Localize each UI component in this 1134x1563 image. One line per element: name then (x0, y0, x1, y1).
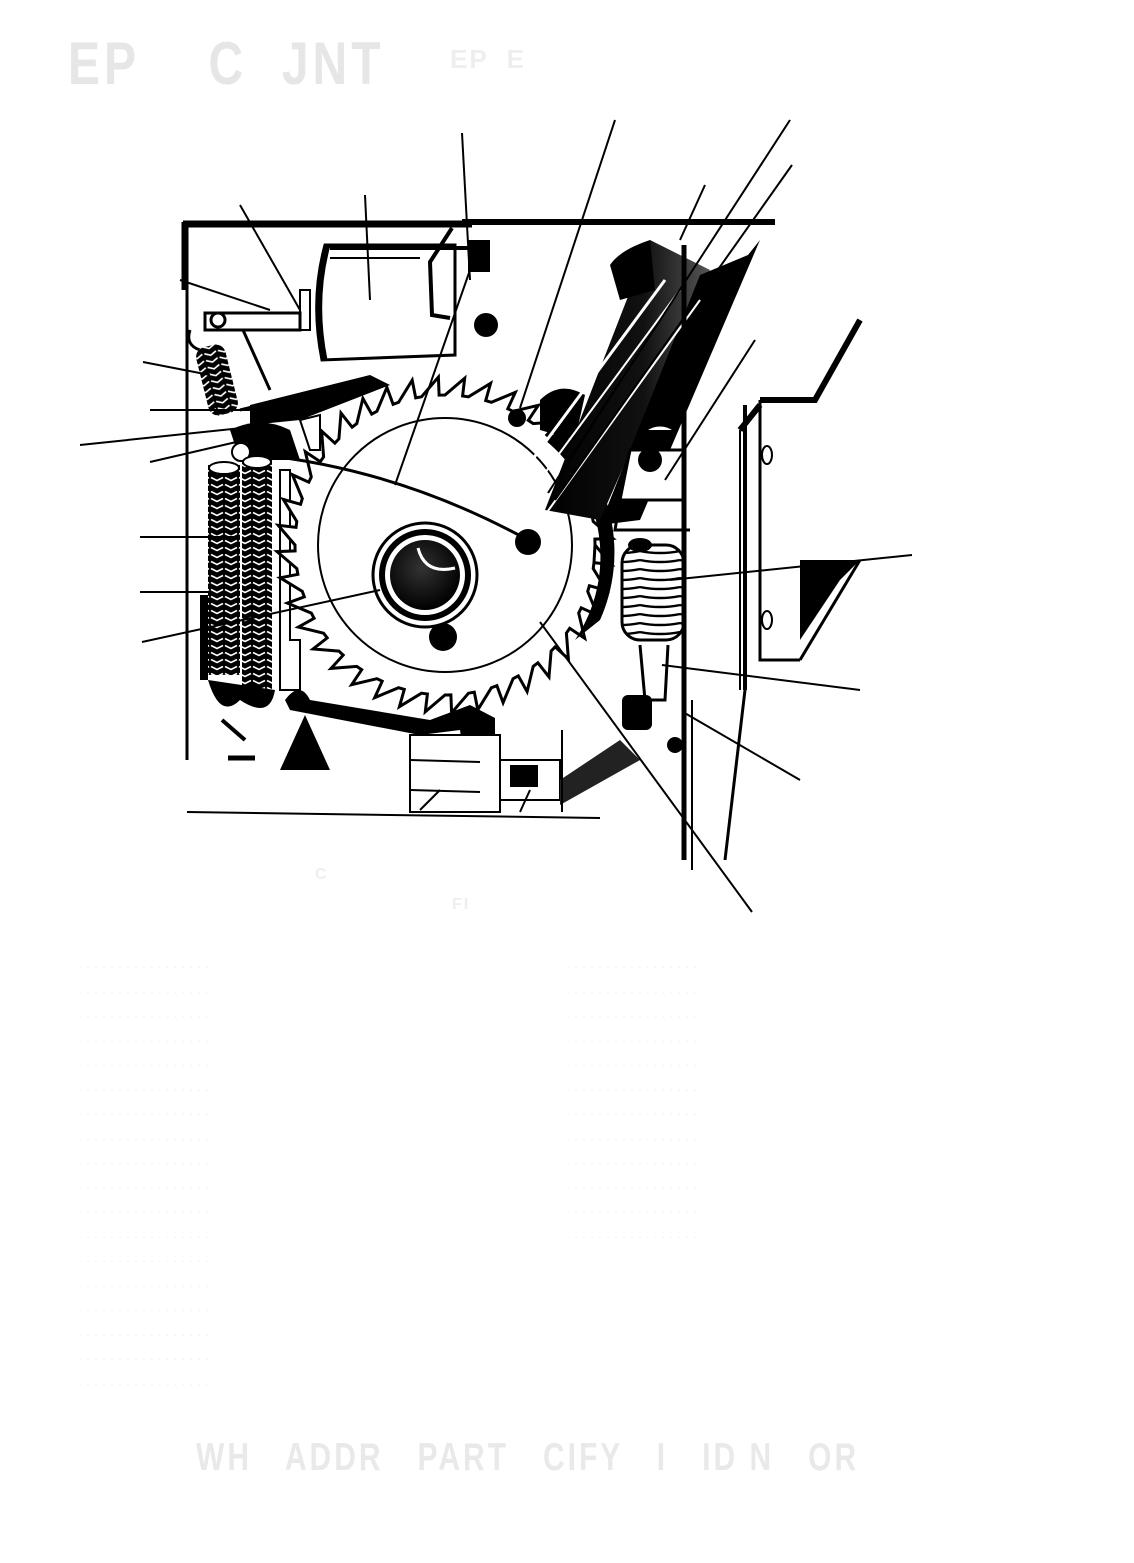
ghost-text-line: · · · · · · · · · · · · · · · · · (566, 1078, 1046, 1103)
ghost-text-line: · · · · · · · · · · · · · · · · · (566, 1151, 1046, 1176)
ghost-text-line: · · · · · · · · · · · · · · · · · (78, 1102, 498, 1127)
ghost-text-line: · · · · · · · · · · · · · · · · · (78, 955, 498, 980)
mechanism-diagram (0, 0, 1134, 940)
ghost-text-line: · · · · · · · · · · · · · · · · · (78, 1274, 498, 1299)
ghost-text-line: · · · · · · · · · · · · · · · · · (566, 955, 1046, 980)
ghost-text-line: · · · · · · · · · · · · · · · · · (78, 1347, 498, 1372)
ghost-text-line: · · · · · · · · · · · · · · · · · (78, 1200, 498, 1225)
ghost-text-line: · · · · · · · · · · · · · · · · · (78, 1372, 498, 1397)
figure-caption-fragment-b: FI (452, 896, 470, 914)
ghost-text-line: · · · · · · · · · · · · · · · · · (78, 1127, 498, 1152)
ghost-text-line: · · · · · · · · · · · · · · · · · (566, 1127, 1046, 1152)
body-text-right-column: · · · · · · · · · · · · · · · · ·· · · ·… (566, 955, 1046, 1249)
right-coil-spring (622, 538, 684, 753)
twin-return-springs (200, 270, 275, 758)
base-plate (280, 690, 640, 812)
upper-tension-spring (194, 342, 240, 417)
ghost-text-line: · · · · · · · · · · · · · · · · · (78, 1078, 498, 1103)
ghost-text-line: · · · · · · · · · · · · · · · · · (78, 1053, 498, 1078)
ghost-text-line: · · · · · · · · · · · · · · · · · (566, 1029, 1046, 1054)
ghost-text-line: · · · · · · · · · · · · · · · · · (566, 1004, 1046, 1029)
ghost-text-line: · · · · · · · · · · · · · · · · · (566, 980, 1046, 1005)
figure-caption-fragment-a: C (315, 866, 329, 884)
ghost-text-line: · · · · · · · · · · · · · · · · · (566, 1200, 1046, 1225)
footer-text: WH ADDR PART CIFY I ID N OR (196, 1436, 859, 1480)
ghost-text-line: · · · · · · · · · · · · · · · · · (78, 1298, 498, 1323)
ghost-text-line: · · · · · · · · · · · · · · · · · (566, 1102, 1046, 1127)
ghost-text-line: · · · · · · · · · · · · · · · · · (78, 1225, 498, 1250)
ghost-text-line: · · · · · · · · · · · · · · · · · (566, 1225, 1046, 1250)
ghost-text-line: · · · · · · · · · · · · · · · · · (78, 1004, 498, 1029)
ghost-text-line: · · · · · · · · · · · · · · · · · (566, 1176, 1046, 1201)
ghost-text-line: · · · · · · · · · · · · · · · · · (78, 1029, 498, 1054)
ghost-text-line: · · · · · · · · · · · · · · · · · (78, 1249, 498, 1274)
ghost-text-line: · · · · · · · · · · · · · · · · · (78, 1323, 498, 1348)
ghost-text-line: · · · · · · · · · · · · · · · · · (78, 980, 498, 1005)
ghost-text-line: · · · · · · · · · · · · · · · · · (566, 1053, 1046, 1078)
body-text-left-column: · · · · · · · · · · · · · · · · ·· · · ·… (78, 955, 498, 1396)
ghost-text-line: · · · · · · · · · · · · · · · · · (78, 1151, 498, 1176)
ghost-text-line: · · · · · · · · · · · · · · · · · (78, 1176, 498, 1201)
